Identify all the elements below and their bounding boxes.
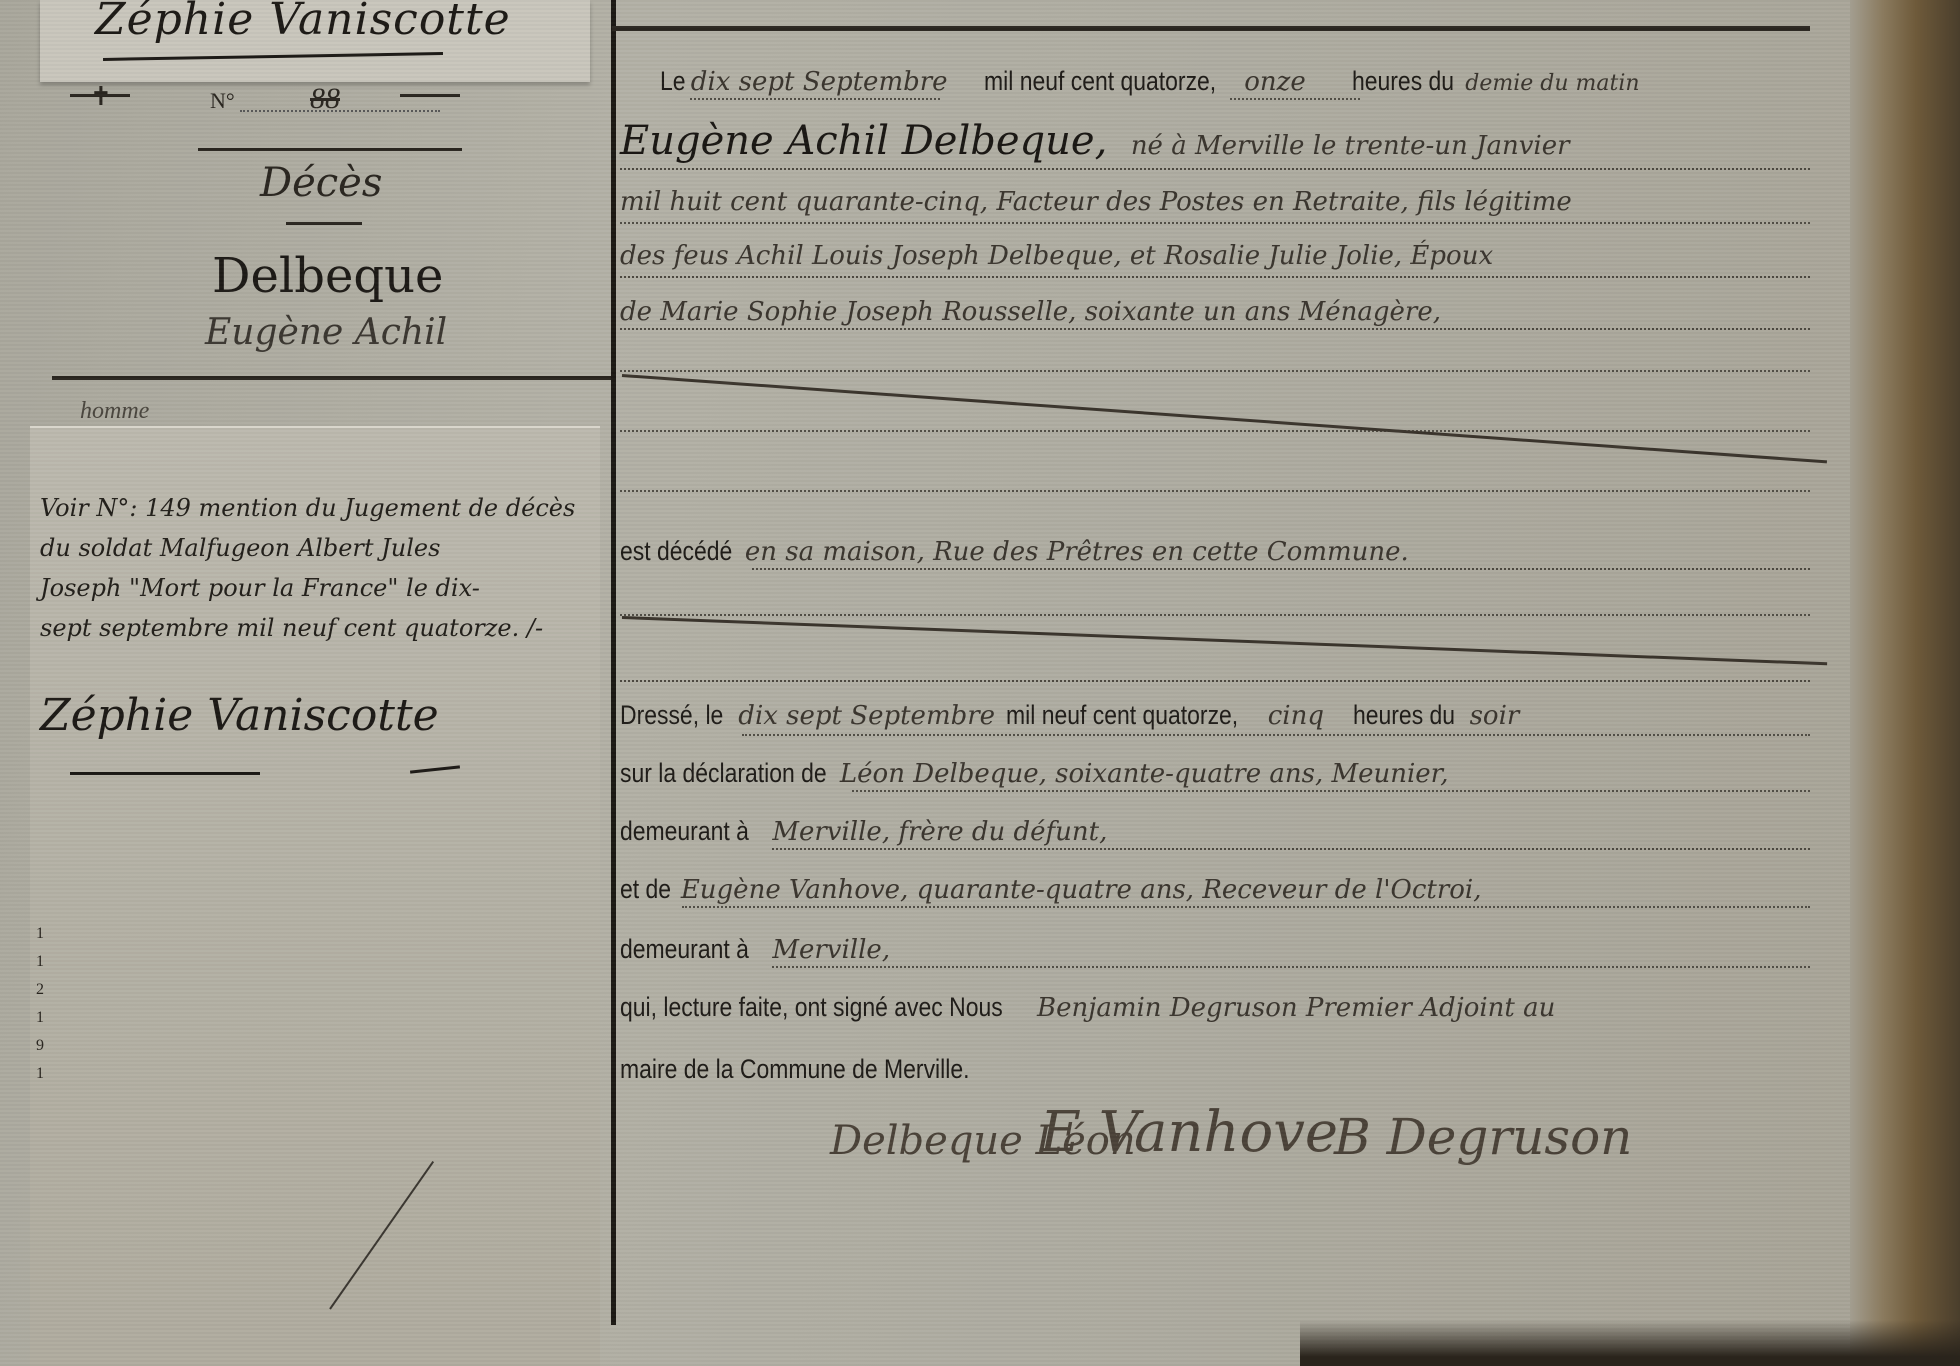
act-line-residence1: demeurant à Merville, frère du défunt, (620, 816, 1810, 847)
declarant2: Eugène Vanhove, quarante-quatre ans, Rec… (681, 875, 1482, 905)
deceased-name: Eugène Achil Delbeque, (620, 118, 1107, 164)
act-line-residence2: demeurant à Merville, (620, 934, 1810, 965)
tick: 1 (36, 1004, 46, 1032)
printed-signing: qui, lecture faite, ont signé avec Nous (620, 992, 1003, 1023)
dotted-line (620, 430, 1810, 432)
dotted-line (620, 370, 1810, 372)
act-number-label: N° (210, 88, 235, 114)
act-line-declarant1: sur la déclaration de Léon Delbeque, soi… (620, 758, 1810, 789)
declarant1-residence: Merville, frère du défunt, (772, 817, 1107, 847)
act-type: Décès (260, 160, 382, 206)
deceased-surname: Delbeque (212, 248, 443, 304)
dotted-line (690, 98, 940, 100)
tick: 1 (36, 920, 46, 948)
act-line-date: Le dix sept Septembre mil neuf cent quat… (620, 66, 1810, 97)
rule (286, 222, 362, 225)
dotted-line (620, 328, 1810, 330)
rule (198, 148, 462, 151)
act-line-birth-year: mil huit cent quarante-cinq, Facteur des… (620, 186, 1810, 217)
deceased-parents: des feus Achil Louis Joseph Delbeque, et… (620, 241, 1493, 271)
dotted-line (682, 906, 1810, 908)
printed-est-decede: est décédé (620, 536, 732, 567)
act-line-parents: des feus Achil Louis Joseph Delbeque, et… (620, 240, 1810, 271)
act-line-deceased: Eugène Achil Delbeque, né à Merville le … (620, 118, 1810, 164)
note-line: Voir N°: 149 mention du Jugement de décè… (40, 488, 590, 528)
note-line: sept septembre mil neuf cent quatorze. /… (40, 608, 590, 648)
deceased-birth: né à Merville le trente-un Janvier (1131, 131, 1570, 161)
act-line-tail: maire de la Commune de Merville. (620, 1054, 1810, 1085)
printed-year: mil neuf cent quatorze, (984, 66, 1216, 97)
tick: 9 (36, 1032, 46, 1060)
printed-mayor: maire de la Commune de Merville. (620, 1054, 969, 1085)
printed-et-de: et de (620, 874, 671, 905)
deceased-given-names: Eugène Achil (205, 312, 447, 353)
act-number-row: ✝ N° 88 (70, 88, 470, 118)
death-hour: onze (1244, 67, 1305, 97)
drawn-up-date: dix sept Septembre (738, 701, 995, 731)
pencil-stroke (329, 1161, 434, 1310)
register-page: Zéphie Vaniscotte ✝ N° 88 Décès Delbeque… (0, 0, 1900, 1366)
printed-heures: heures du (1352, 66, 1454, 97)
declarant1: Léon Delbeque, soixante-quatre ans, Meun… (840, 759, 1449, 789)
act-line-signing: qui, lecture faite, ont signé avec Nous … (620, 992, 1810, 1023)
dotted-line (620, 490, 1810, 492)
signature-officer: B Degruson (1334, 1108, 1632, 1166)
cancel-stroke (622, 616, 1827, 665)
death-date: dix sept Septembre (691, 67, 948, 97)
marginal-note: Voir N°: 149 mention du Jugement de décè… (40, 488, 590, 648)
dotted-line (620, 276, 1810, 278)
act-line-drawn-up: Dressé, le dix sept Septembre mil neuf c… (620, 700, 1810, 731)
printed-le: Le (660, 66, 686, 97)
tick: 1 (36, 948, 46, 976)
declarant2-residence: Merville, (772, 935, 890, 965)
officer: Benjamin Degruson Premier Adjoint au (1037, 993, 1555, 1023)
deceased-birth-year-occupation: mil huit cent quarante-cinq, Facteur des… (620, 187, 1572, 217)
shadow (1300, 1320, 1960, 1366)
signature-declarant2: E Vanhove (1040, 1100, 1338, 1165)
note-line: Joseph "Mort pour la France" le dix- (40, 568, 590, 608)
signature-underline (70, 772, 260, 775)
act-line-spouse: de Marie Sophie Joseph Rousselle, soixan… (620, 296, 1810, 327)
dotted-line (620, 222, 1810, 224)
note-line: du soldat Malfugeon Albert Jules (40, 528, 590, 568)
cancel-stroke (622, 374, 1827, 463)
printed-dresse: Dressé, le (620, 700, 723, 731)
dotted-line (772, 848, 1810, 850)
act-line-death-place: est décédé en sa maison, Rue des Prêtres… (620, 536, 1810, 567)
printed-declaration: sur la déclaration de (620, 758, 827, 789)
printed-year: mil neuf cent quatorze, (1006, 700, 1238, 731)
dotted-line (620, 680, 1810, 682)
death-place: en sa maison, Rue des Prêtres en cette C… (745, 537, 1409, 567)
dotted-line (752, 568, 1810, 570)
drawn-up-hour: cinq (1268, 701, 1324, 731)
act-body: Le dix sept Septembre mil neuf cent quat… (612, 0, 1812, 1366)
cross-icon: ✝ (90, 82, 112, 112)
margin-ticks: 1 1 2 1 9 1 (36, 920, 46, 1088)
dotted-line (620, 168, 1810, 170)
printed-heures: heures du (1353, 700, 1455, 731)
death-time-of-day: demie du matin (1465, 71, 1639, 96)
dotted-line (772, 966, 1810, 968)
signature-underline (103, 52, 443, 61)
act-number-value: 88 (310, 82, 340, 116)
rule (400, 94, 460, 97)
printed-demeurant: demeurant à (620, 934, 749, 965)
book-page-edge (1850, 0, 1960, 1366)
dotted-line (620, 614, 1810, 616)
dotted-line (852, 790, 1810, 792)
deceased-spouse: de Marie Sophie Joseph Rousselle, soixan… (620, 297, 1441, 327)
sex-label: homme (80, 398, 149, 425)
tick: 2 (36, 976, 46, 1004)
drawn-up-time-of-day: soir (1470, 701, 1520, 731)
rule (70, 94, 130, 97)
marginal-note-slip: Voir N°: 149 mention du Jugement de décè… (30, 426, 600, 1366)
dash-mark (410, 765, 460, 773)
tick: 1 (36, 1060, 46, 1088)
act-line-declarant2: et de Eugène Vanhove, quarante-quatre an… (620, 874, 1810, 905)
top-slip-signature: Zéphie Vaniscotte (95, 0, 511, 45)
note-signature: Zéphie Vaniscotte (40, 690, 439, 741)
dotted-line (742, 734, 1810, 736)
printed-demeurant: demeurant à (620, 816, 749, 847)
top-pasted-slip: Zéphie Vaniscotte (40, 0, 590, 82)
dotted-line (240, 110, 440, 112)
section-rule (52, 376, 612, 380)
dotted-line (1230, 98, 1360, 100)
